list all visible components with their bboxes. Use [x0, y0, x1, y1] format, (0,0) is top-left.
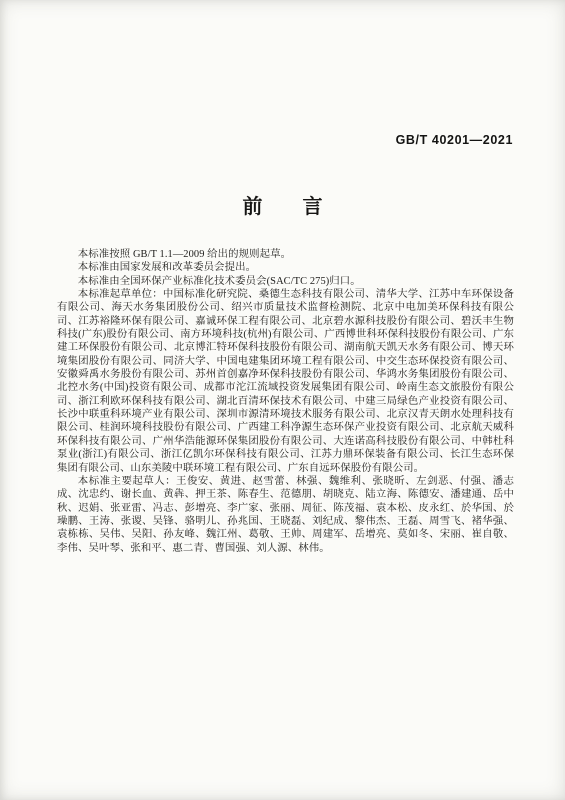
foreword-paragraph-committee: 本标准由全国环保产业标准化技术委员会(SAC/TC 275)归口。: [57, 275, 514, 288]
document-page: GB/T 40201—2021 前 言 本标准按照 GB/T 1.1—2009 …: [0, 0, 565, 800]
foreword-paragraph-drafting-organizations: 本标准起草单位：中国标准化研究院、桑德生态科技有限公司、清华大学、江苏中车环保设…: [57, 288, 514, 475]
foreword-paragraph-proposer: 本标准由国家发展和改革委员会提出。: [57, 261, 514, 274]
foreword-paragraph-drafters: 本标准主要起草人：王俊安、黄进、赵雪蕾、林强、魏维利、张晓昕、左剑恶、付强、潘志…: [57, 475, 514, 555]
foreword-body: 本标准按照 GB/T 1.1—2009 给出的规则起草。 本标准由国家发展和改革…: [57, 248, 514, 555]
page-title: 前 言: [0, 190, 565, 219]
standard-code: GB/T 40201—2021: [396, 133, 513, 147]
foreword-paragraph-basis: 本标准按照 GB/T 1.1—2009 给出的规则起草。: [57, 248, 514, 261]
